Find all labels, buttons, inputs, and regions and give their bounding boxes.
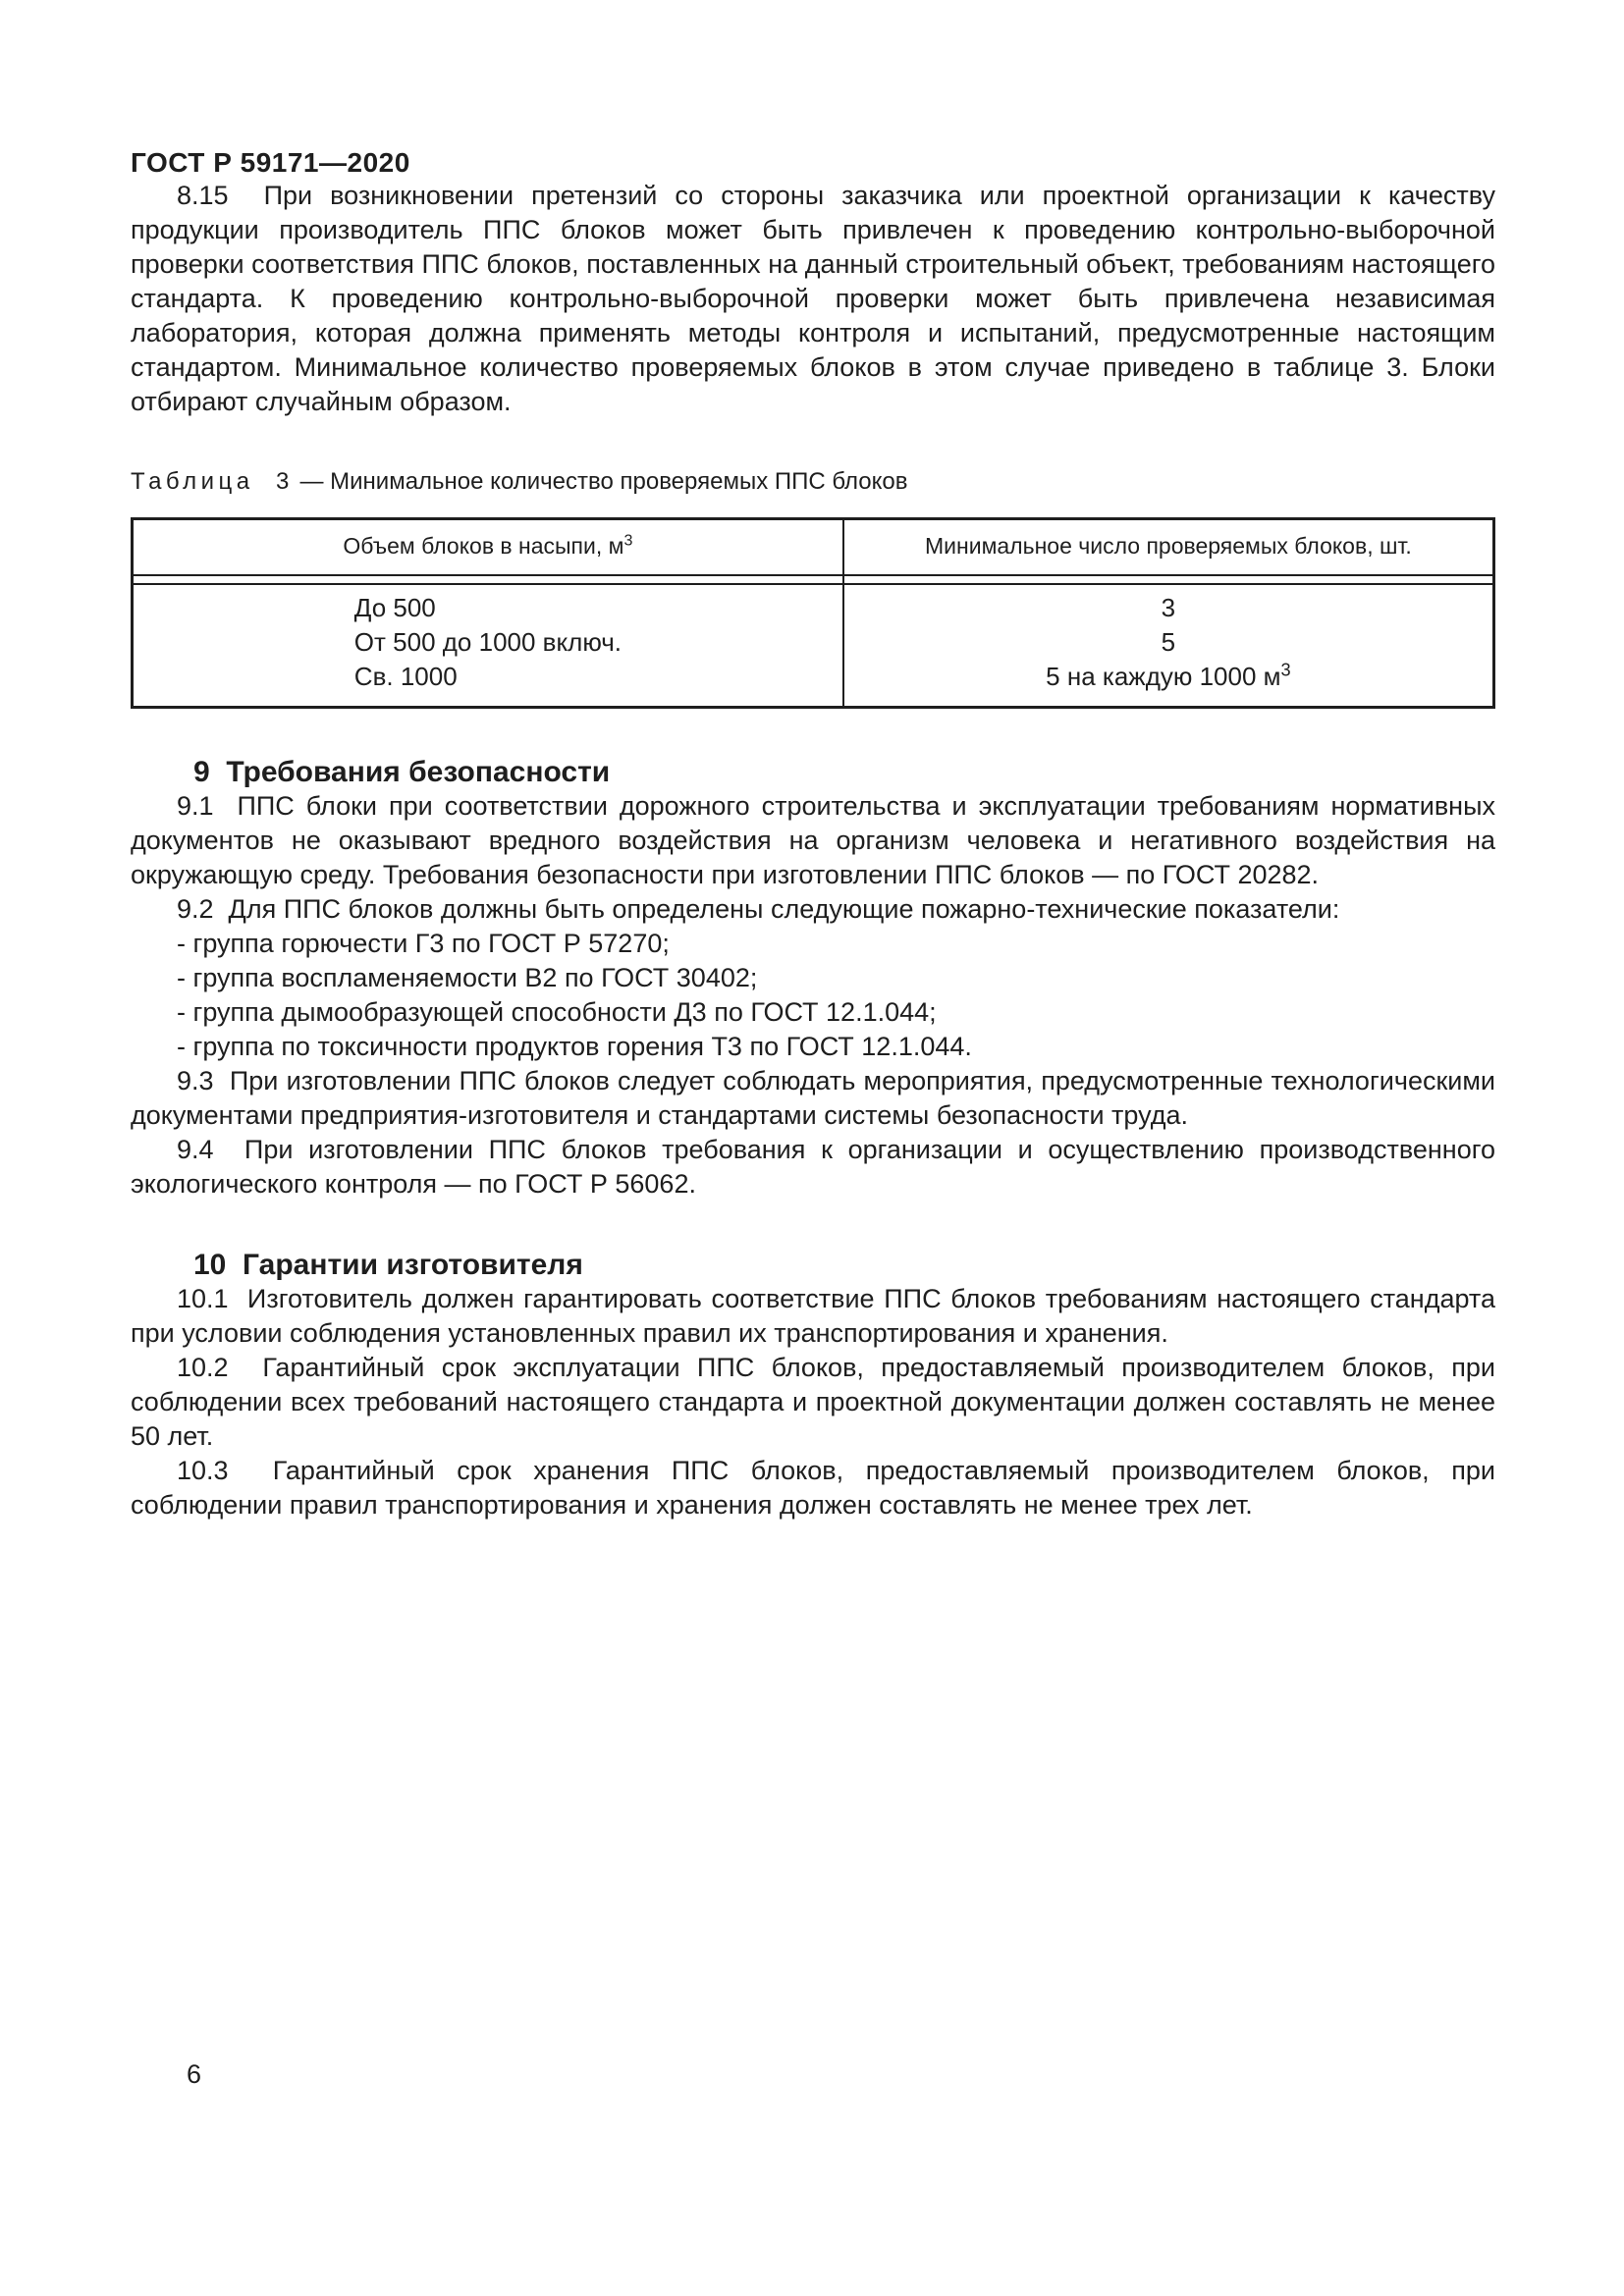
- table-3: Объем блоков в насыпи, м3 Минимальное чи…: [131, 517, 1495, 709]
- table-3-header-row: Объем блоков в насыпи, м3 Минимальное чи…: [134, 520, 1492, 576]
- table-3-double-rule-left: [134, 576, 844, 583]
- table-row-count: 3: [844, 591, 1492, 625]
- clause-9-1: 9.1 ППС блоки при соответствии дорожного…: [131, 789, 1495, 892]
- table-row-volume: До 500: [354, 591, 622, 625]
- clause-9-3: 9.3 При изготовлении ППС блоков следует …: [131, 1064, 1495, 1133]
- table-row-count: 5: [844, 625, 1492, 660]
- clause-9-2-item: - группа горючести Г3 по ГОСТ Р 57270;: [131, 927, 1495, 961]
- clause-9-2-item: - группа воспламеняемости В2 по ГОСТ 304…: [131, 961, 1495, 995]
- section-9-title: 9 Требования безопасности: [131, 756, 1495, 789]
- table-row-count-text: 5 на каждую 1000 м: [1046, 662, 1280, 691]
- clause-9-4: 9.4 При изготовлении ППС блоков требован…: [131, 1133, 1495, 1201]
- clause-9-2-intro: 9.2 Для ППС блоков должны быть определен…: [131, 892, 1495, 927]
- table-row-count-sup: 3: [1281, 660, 1291, 679]
- clause-8-15: 8.15 При возникновении претензий со стор…: [131, 179, 1495, 419]
- table-row-count: 5 на каждую 1000 м3: [844, 660, 1492, 694]
- table-3-double-rule: [134, 576, 1492, 585]
- clause-9-2-item: - группа по токсичности продуктов горени…: [131, 1030, 1495, 1064]
- clause-10-2: 10.2 Гарантийный срок эксплуатации ППС б…: [131, 1351, 1495, 1454]
- table-cell-volumes: До 500 От 500 до 1000 включ. Св. 1000: [134, 585, 844, 706]
- table-3-body-row: До 500 От 500 до 1000 включ. Св. 1000 3 …: [134, 585, 1492, 706]
- table-3-caption: Таблица 3 — Минимальное количество прове…: [131, 468, 1495, 496]
- table-3-double-rule-right: [844, 576, 1492, 583]
- table-col-header-volume: Объем блоков в насыпи, м3: [134, 520, 844, 574]
- page-number: 6: [187, 2059, 201, 2090]
- page-content: ГОСТ Р 59171—2020 8.15 При возникновении…: [131, 147, 1495, 1522]
- table-row-volume: Св. 1000: [354, 660, 622, 694]
- table-row-volume: От 500 до 1000 включ.: [354, 625, 622, 660]
- section-10-title: 10 Гарантии изготовителя: [131, 1249, 1495, 1282]
- table-3-caption-text: — Минимальное количество проверяемых ППС…: [299, 468, 907, 495]
- table-3-caption-label: Таблица 3: [131, 468, 294, 495]
- clause-10-3: 10.3 Гарантийный срок хранения ППС блоко…: [131, 1454, 1495, 1522]
- table-col-header-volume-text: Объем блоков в насыпи, м: [343, 533, 623, 559]
- table-cell-counts: 3 5 5 на каждую 1000 м3: [844, 585, 1492, 706]
- clause-10-1: 10.1 Изготовитель должен гарантировать с…: [131, 1282, 1495, 1351]
- document-code: ГОСТ Р 59171—2020: [131, 147, 1495, 179]
- table-cell-volumes-inner: До 500 От 500 до 1000 включ. Св. 1000: [354, 591, 622, 694]
- table-col-header-count: Минимальное число проверяемых блоков, шт…: [844, 520, 1492, 574]
- table-col-header-volume-sup: 3: [623, 531, 632, 549]
- clause-9-2-item: - группа дымообразующей способности Д3 п…: [131, 995, 1495, 1030]
